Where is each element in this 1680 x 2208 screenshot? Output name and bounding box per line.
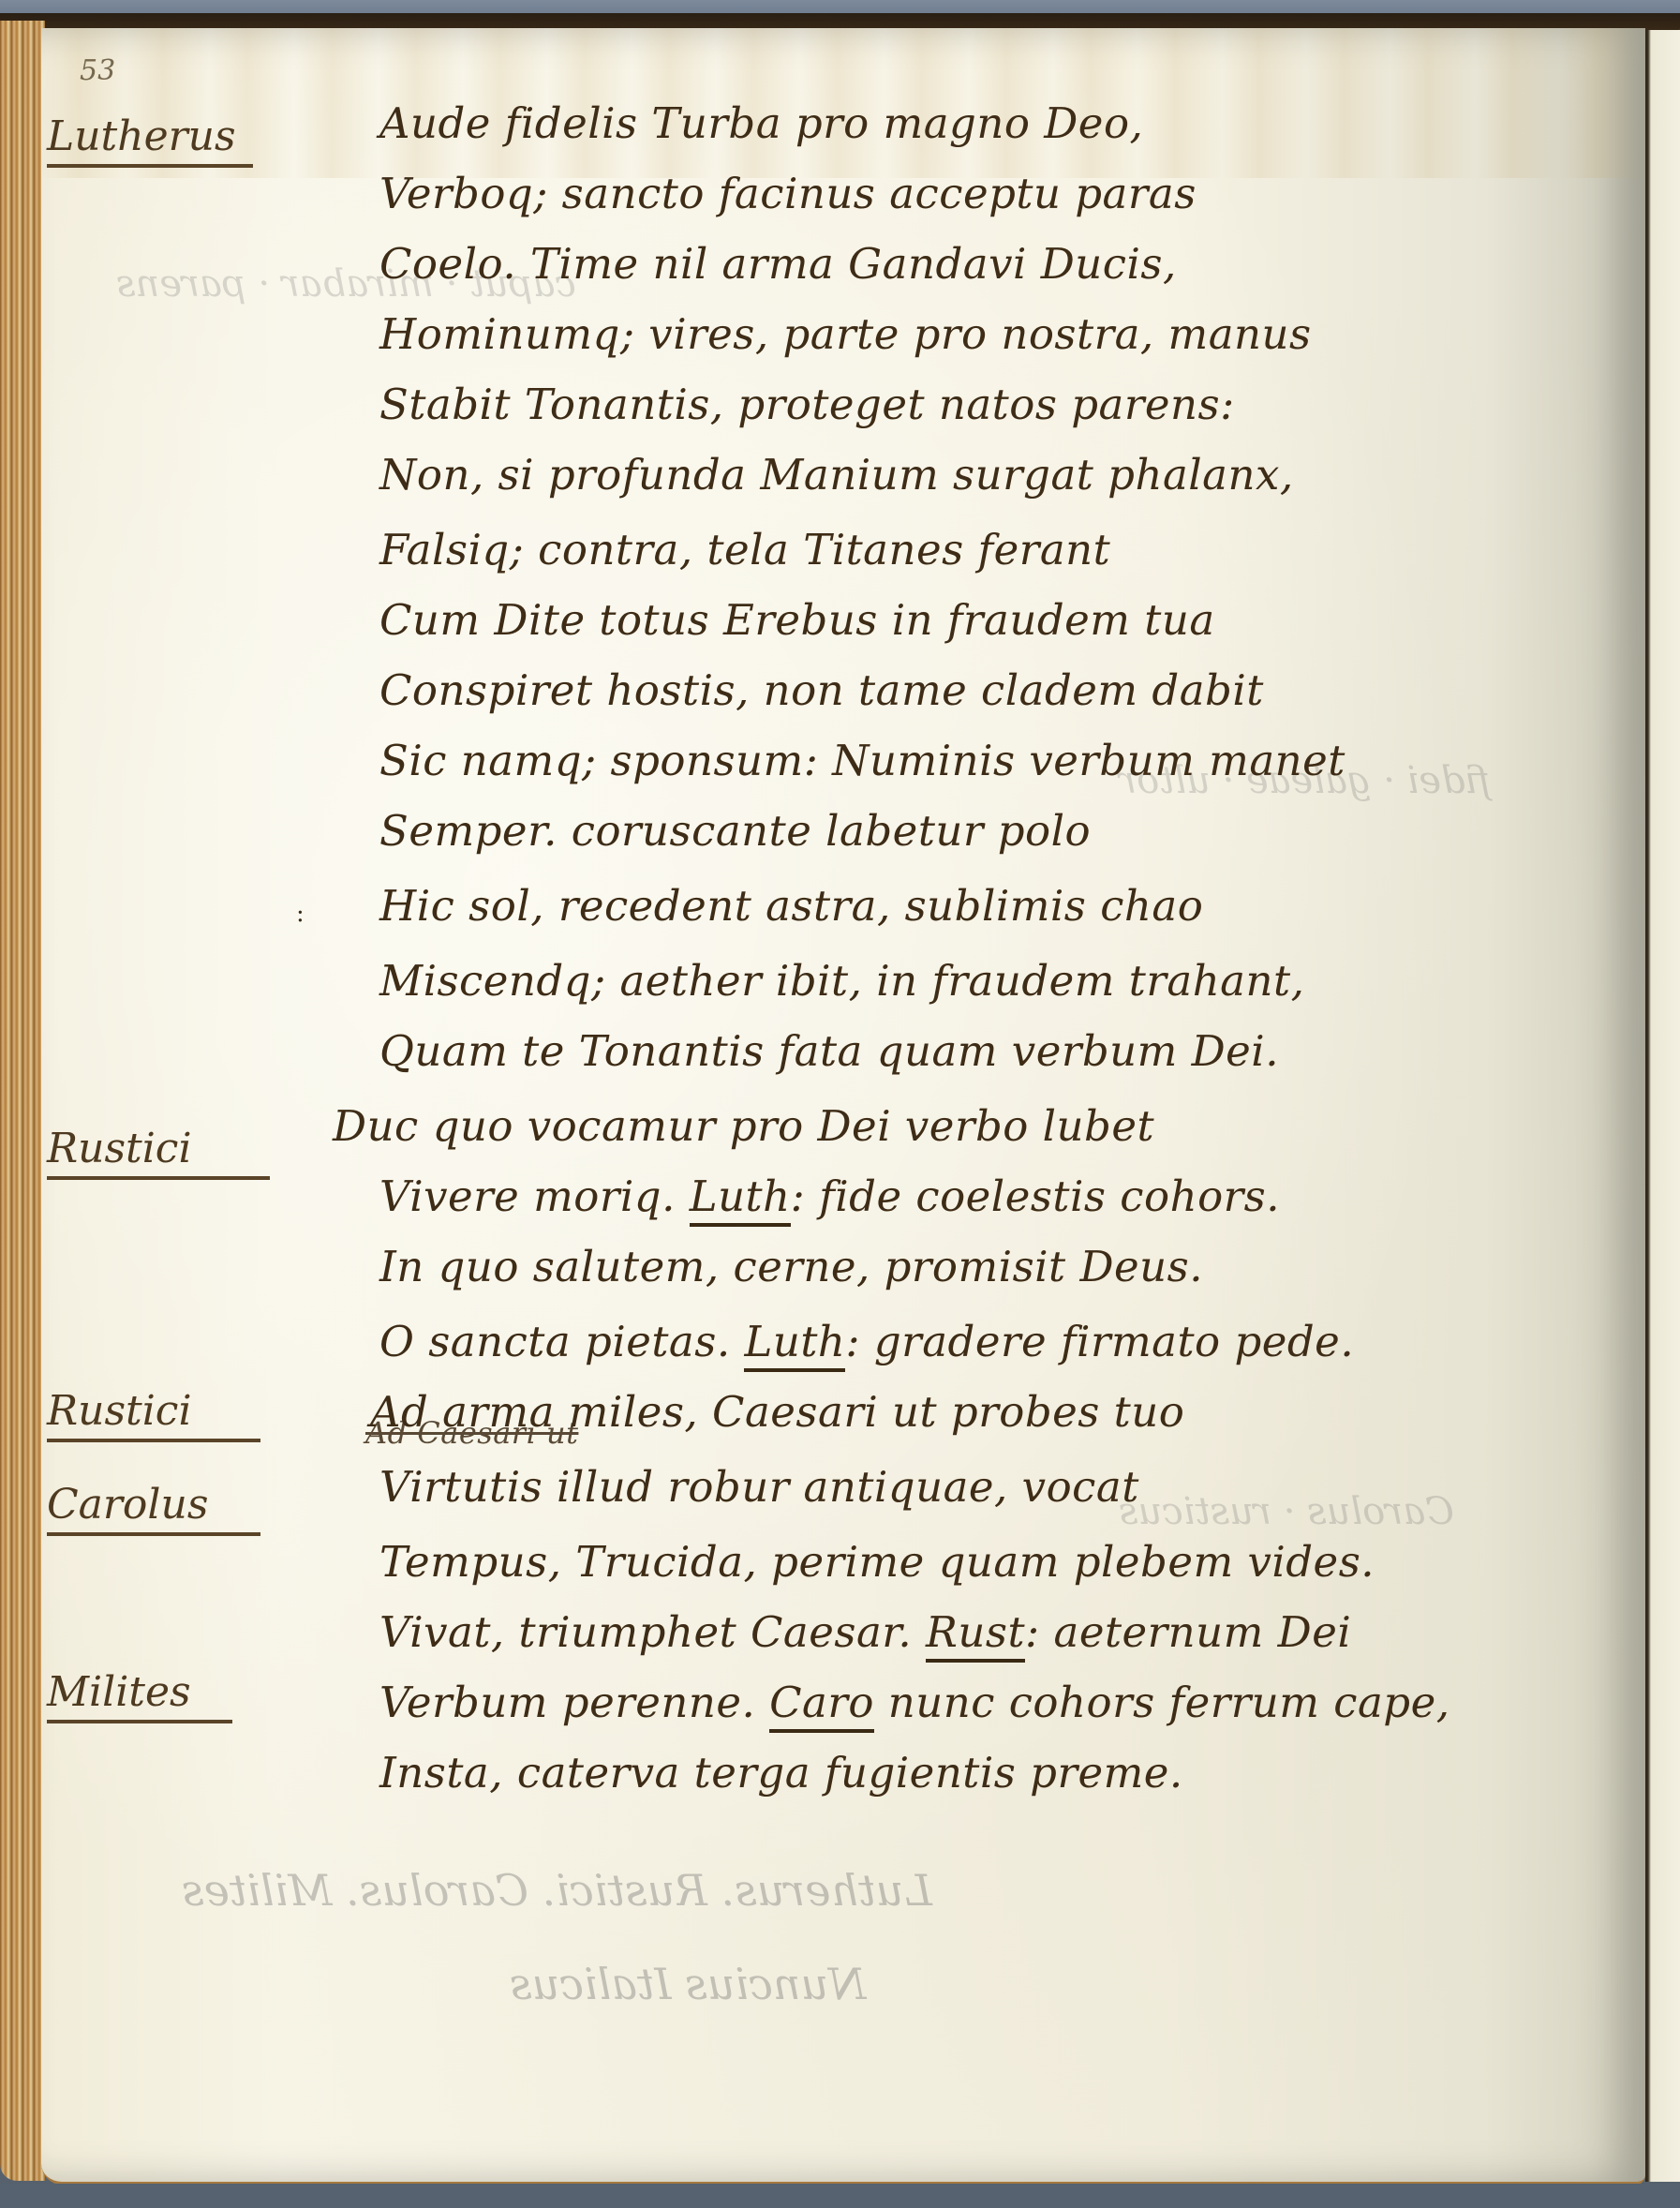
struck-text: Ad Caesari ut <box>365 1415 578 1451</box>
verse-line: Semper. coruscante labetur polo <box>379 806 1091 856</box>
verse-line: In quo salutem, cerne, promisit Deus. <box>379 1242 1203 1291</box>
verse-line: Cum Dite totus Erebus in fraudem tua <box>379 595 1215 645</box>
verse-line: Hic sol, recedent astra, sublimis chao <box>379 881 1203 931</box>
bleed-through-text: Lutherus. Rustici. Carolus. Milites <box>182 1865 932 1916</box>
verse-line: Falsiq; contra, tela Titanes ferant <box>379 525 1110 574</box>
verse-line: O sancta pietas. Luth: gradere firmato p… <box>379 1317 1354 1366</box>
verse-text: Vivat, triumphet Caesar. <box>379 1607 926 1657</box>
bleed-through-text: Nuncius Italicus <box>510 1959 866 2009</box>
verse-line: Hominumq; vires, parte pro nostra, manus <box>379 309 1312 359</box>
verse-line: Verbum perenne. Caro nunc cohors ferrum … <box>379 1678 1450 1727</box>
speaker-label: Carolus <box>47 1481 260 1536</box>
adjacent-page-edge <box>1645 30 1680 2182</box>
verse-line: Aude fidelis Turba pro magno Deo, <box>379 98 1143 148</box>
speaker-label: Rustici <box>47 1125 270 1180</box>
verse-line: Conspiret hostis, non tame cladem dabit <box>379 665 1264 715</box>
verse-text: Vivere moriq. <box>379 1171 690 1221</box>
verse-line: Virtutis illud robur antiquae, vocat <box>379 1462 1139 1512</box>
margin-mark: : <box>296 907 309 920</box>
verse-text: Verbum perenne. <box>379 1678 769 1727</box>
verse-line: Tempus, Trucida, perime quam plebem vide… <box>379 1537 1375 1587</box>
speaker-cue: Rust <box>926 1607 1025 1663</box>
speaker-cue: Luth <box>690 1171 791 1227</box>
bleed-through-text: Carolus · rusticus <box>1119 1490 1454 1533</box>
verse-line: Miscendq; aether ibit, in fraudem trahan… <box>379 956 1304 1006</box>
book-fore-edge <box>0 21 45 2181</box>
verse-line: Insta, caterva terga fugientis preme. <box>379 1748 1183 1798</box>
verse-line: Stabit Tonantis, proteget natos parens: <box>379 380 1235 429</box>
speaker-label: Rustici <box>47 1387 260 1442</box>
verse-text: : aeternum Dei <box>1025 1607 1351 1657</box>
verse-line: Duc quo vocamur pro Dei verbo lubet <box>333 1101 1154 1151</box>
speaker-label: Milites <box>47 1668 232 1723</box>
verse-line: Coelo. Time nil arma Gandavi Ducis, <box>379 239 1177 289</box>
verse-text: nunc cohors ferrum cape, <box>874 1678 1450 1727</box>
verse-line: Vivat, triumphet Caesar. Rust: aeternum … <box>379 1607 1351 1657</box>
verse-line: Sic namq; sponsum: Numinis verbum manet <box>379 736 1345 785</box>
verse-text: : gradere firmato pede. <box>845 1317 1354 1366</box>
verse-line: Vivere moriq. Luth: fide coelestis cohor… <box>379 1171 1280 1221</box>
speaker-cue: Luth <box>744 1317 845 1372</box>
verse-text: O sancta pietas. <box>379 1317 744 1366</box>
speaker-cue: Caro <box>769 1678 874 1733</box>
verse-line: Non, si profunda Manium surgat phalanx, <box>379 450 1294 500</box>
verse-line: Verboq; sancto facinus acceptu paras <box>379 169 1197 218</box>
verse-text: : fide coelestis cohors. <box>791 1171 1280 1221</box>
verse-line: Quam te Tonantis fata quam verbum Dei. <box>379 1026 1279 1076</box>
folio-number: 53 <box>80 54 115 87</box>
speaker-label: Lutherus <box>47 112 253 168</box>
scan-background-bottom <box>0 2184 1680 2208</box>
